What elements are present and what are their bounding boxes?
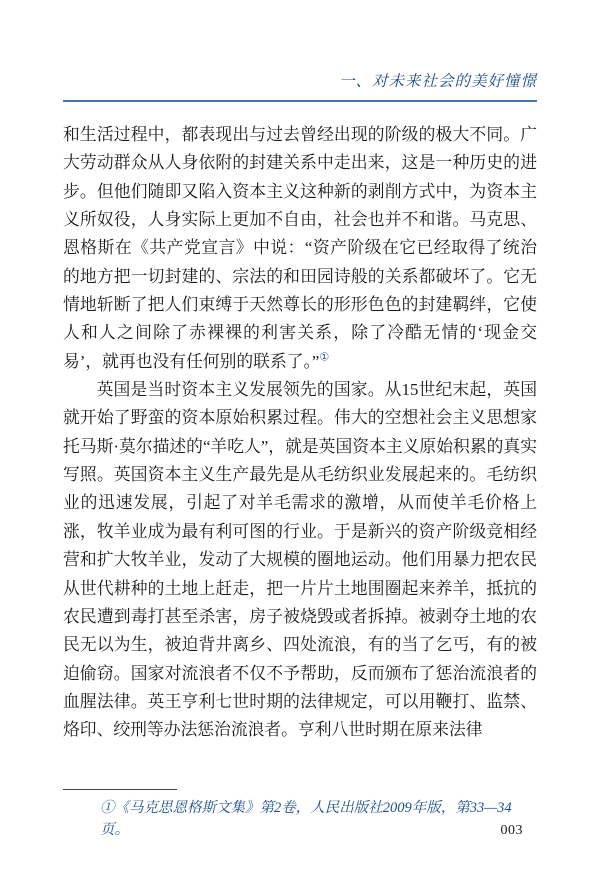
footnote-separator-rule xyxy=(63,789,177,790)
footnote-marker-superscript: ① xyxy=(319,351,329,363)
paragraph-1-text: 和生活过程中，都表现出与过去曾经出现的阶级的极大不同。广大劳动群众从人身依附的封… xyxy=(63,125,537,371)
page-number: 003 xyxy=(501,823,524,839)
page-header: 一、对未来社会的美好憧憬 xyxy=(63,70,537,94)
header-rule xyxy=(63,100,537,102)
paragraph-2: 英国是当时资本主义发展领先的国家。从15世纪末起，英国就开始了野蛮的资本原始积累… xyxy=(63,376,537,744)
footnote-text: ①《马克思恩格斯文集》第2卷，人民出版社2009年版，第33—34页。 xyxy=(63,797,537,841)
paragraph-2-text: 英国是当时资本主义发展领先的国家。从15世纪末起，英国就开始了野蛮的资本原始积累… xyxy=(63,380,537,739)
paragraph-1: 和生活过程中，都表现出与过去曾经出现的阶级的极大不同。广大劳动群众从人身依附的封… xyxy=(63,121,537,376)
body-text: 和生活过程中，都表现出与过去曾经出现的阶级的极大不同。广大劳动群众从人身依附的封… xyxy=(63,121,537,745)
book-page: 一、对未来社会的美好憧憬 和生活过程中，都表现出与过去曾经出现的阶级的极大不同。… xyxy=(0,0,600,889)
chapter-title: 一、对未来社会的美好憧憬 xyxy=(63,70,537,94)
